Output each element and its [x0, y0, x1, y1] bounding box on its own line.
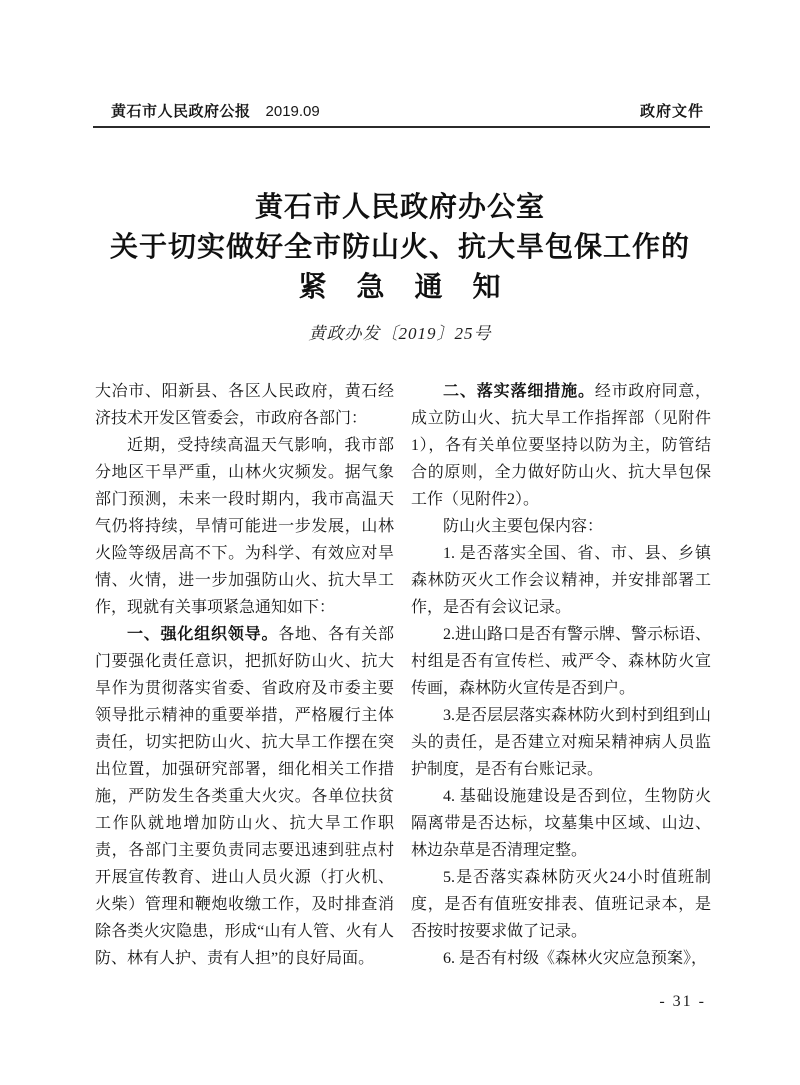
- paragraph: 防山火主要包保内容：: [411, 513, 711, 540]
- paragraph: 6. 是否有村级《森林火灾应急预案》，: [411, 945, 711, 972]
- paragraph: 二、落实落细措施。经市政府同意，成立防山火、抗大旱工作指挥部（见附件1），各有关…: [411, 378, 711, 513]
- paragraph: 3.是否层层落实森林防火到村到组到山头的责任，是否建立对痴呆精神病人员监护制度，…: [411, 702, 711, 783]
- issue-number: 2019.09: [266, 102, 320, 122]
- document-number: 黄政办发〔2019〕25号: [0, 322, 800, 346]
- paragraph: 大冶市、阳新县、各区人民政府，黄石经济技术开发区管委会，市政府各部门：: [95, 378, 394, 432]
- gazette-title: 黄石市人民政府公报: [111, 102, 251, 122]
- running-header: 黄石市人民政府公报 2019.09 政府文件: [95, 102, 710, 122]
- header-rule: [93, 126, 710, 128]
- gazette-page: 黄石市人民政府公报 2019.09 政府文件 黄石市人民政府办公室关于切实做好全…: [0, 0, 800, 1085]
- paragraph-lead: 二、落实落细措施。: [443, 383, 595, 400]
- paragraph: 5.是否落实森林防灭火24小时值班制度，是否有值班安排表、值班记录本，是否按时按…: [411, 864, 711, 945]
- body-column-right: 二、落实落细措施。经市政府同意，成立防山火、抗大旱工作指挥部（见附件1），各有关…: [411, 378, 711, 972]
- paragraph-lead: 一、强化组织领导。: [127, 626, 278, 643]
- document-title-line: 紧 急 通 知: [0, 268, 800, 308]
- body-column-left: 大冶市、阳新县、各区人民政府，黄石经济技术开发区管委会，市政府各部门：近期，受持…: [95, 378, 394, 972]
- document-title: 黄石市人民政府办公室关于切实做好全市防山火、抗大旱包保工作的紧 急 通 知: [0, 188, 800, 308]
- document-body: 大冶市、阳新县、各区人民政府，黄石经济技术开发区管委会，市政府各部门：近期，受持…: [95, 378, 711, 972]
- paragraph: 一、强化组织领导。各地、各有关部门要强化责任意识，把抓好防山火、抗大旱作为贯彻落…: [95, 621, 394, 972]
- paragraph: 2.进山路口是否有警示牌、警示标语、村组是否有宣传栏、戒严令、森林防火宣传画，森…: [411, 621, 711, 702]
- paragraph: 近期，受持续高温天气影响，我市部分地区干旱严重，山林火灾频发。据气象部门预测，未…: [95, 432, 394, 621]
- document-title-line: 关于切实做好全市防山火、抗大旱包保工作的: [0, 228, 800, 268]
- page-number: - 31 -: [659, 991, 706, 1013]
- paragraph: 1. 是否落实全国、省、市、县、乡镇森林防灭火工作会议精神，并安排部署工作，是否…: [411, 540, 711, 621]
- section-label: 政府文件: [640, 102, 710, 122]
- paragraph: 4. 基础设施建设是否到位，生物防火隔离带是否达标，坟墓集中区域、山边、林边杂草…: [411, 783, 711, 864]
- document-title-line: 黄石市人民政府办公室: [0, 188, 800, 228]
- running-header-left: 黄石市人民政府公报 2019.09: [95, 102, 320, 122]
